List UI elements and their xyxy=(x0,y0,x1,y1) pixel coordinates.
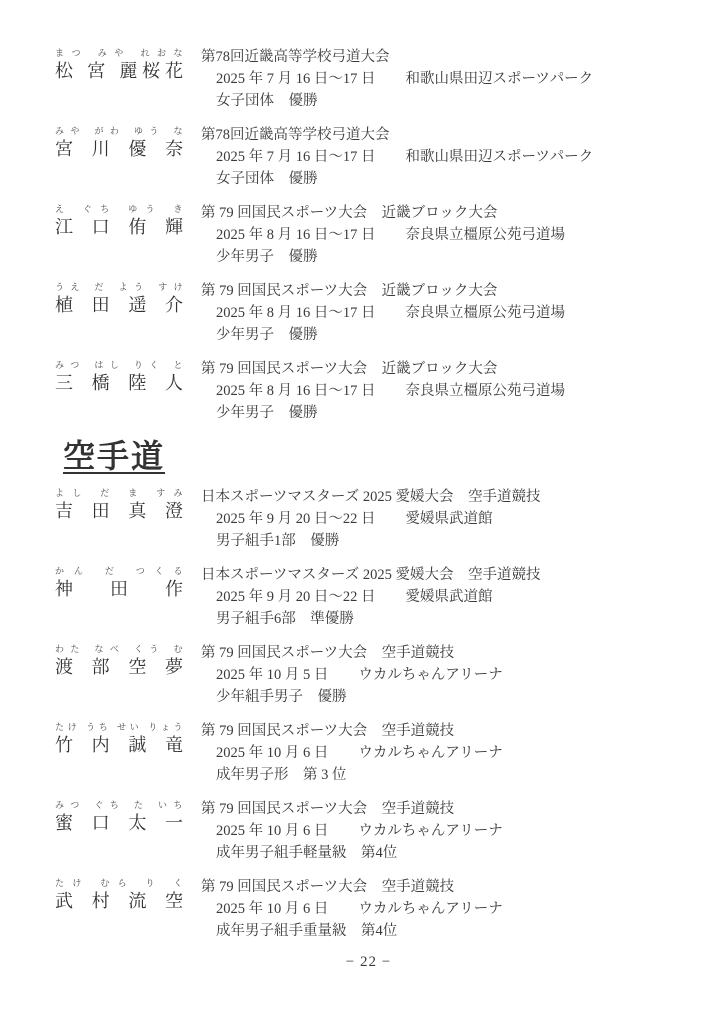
event-date: 2025 年 10 月 5 日 xyxy=(216,667,328,683)
event-result: 成年男子組手重量級 第4位 xyxy=(201,920,503,942)
event-date: 2025 年 8 月 16 日～17 日 xyxy=(216,305,376,321)
event-venue: 和歌山県田辺スポーツパーク xyxy=(406,71,594,87)
achievement-entry: わた なべ くう む 渡 部 空 夢 第 79 回国民スポーツ大会 空手道競技 … xyxy=(55,642,682,708)
event-name: 第 79 回国民スポーツ大会 空手道競技 xyxy=(201,642,503,664)
karate-entries-list: よし だ ま すみ 吉 田 真 澄 日本スポーツマスターズ 2025 愛媛大会 … xyxy=(55,486,682,942)
event-result: 男子組手6部 準優勝 xyxy=(201,608,540,630)
event-venue: 奈良県立橿原公苑弓道場 xyxy=(406,305,566,321)
event-name: 第 79 回国民スポーツ大会 近畿ブロック大会 xyxy=(201,202,565,224)
event-result: 少年組手男子 優勝 xyxy=(201,686,503,708)
athlete-name: 江 口 侑 輝 xyxy=(55,215,183,240)
athlete-name: 武 村 流 空 xyxy=(55,889,183,914)
athlete-furigana: まつ みや れおな xyxy=(55,48,183,59)
achievement-entry: みや がわ ゆう な 宮 川 優 奈 第78回近畿高等学校弓道大会 2025 年… xyxy=(55,124,682,190)
event-result: 成年男子形 第 3 位 xyxy=(201,764,503,786)
entry-details: 日本スポーツマスターズ 2025 愛媛大会 空手道競技 2025 年 9 月 2… xyxy=(201,486,540,552)
event-date: 2025 年 7 月 16 日～17 日 xyxy=(216,71,376,87)
event-name: 第78回近畿高等学校弓道大会 xyxy=(201,46,593,68)
event-date: 2025 年 10 月 6 日 xyxy=(216,745,328,761)
achievement-entry: みつ はし りく と 三 橋 陸 人 第 79 回国民スポーツ大会 近畿ブロック… xyxy=(55,358,682,424)
athlete-name-block: みや がわ ゆう な 宮 川 優 奈 xyxy=(55,126,183,162)
event-result: 少年男子 優勝 xyxy=(201,324,565,346)
event-venue: 奈良県立橿原公苑弓道場 xyxy=(406,383,566,399)
entry-details: 第 79 回国民スポーツ大会 空手道競技 2025 年 10 月 6 日ウカルち… xyxy=(201,720,503,786)
event-date: 2025 年 8 月 16 日～17 日 xyxy=(216,383,376,399)
document-page: まつ みや れおな 松 宮 麗桜花 第78回近畿高等学校弓道大会 2025 年 … xyxy=(0,0,722,1024)
section-heading-karate: 空手道 xyxy=(63,436,165,476)
event-result: 女子団体 優勝 xyxy=(201,168,593,190)
event-name: 日本スポーツマスターズ 2025 愛媛大会 空手道競技 xyxy=(201,564,540,586)
event-date-venue: 2025 年 7 月 16 日～17 日和歌山県田辺スポーツパーク xyxy=(201,68,593,90)
athlete-name: 松 宮 麗桜花 xyxy=(55,59,183,84)
achievement-entry: かん だ つくる 神 田 作 日本スポーツマスターズ 2025 愛媛大会 空手道… xyxy=(55,564,682,630)
athlete-furigana: わた なべ くう む xyxy=(55,644,183,655)
athlete-furigana: みや がわ ゆう な xyxy=(55,126,183,137)
athlete-name-block: かん だ つくる 神 田 作 xyxy=(55,566,183,602)
athlete-furigana: え ぐち ゆう き xyxy=(55,204,183,215)
athlete-furigana: たけ むら り く xyxy=(55,878,183,889)
event-date-venue: 2025 年 10 月 6 日ウカルちゃんアリーナ xyxy=(201,820,503,842)
event-name: 第 79 回国民スポーツ大会 空手道競技 xyxy=(201,798,503,820)
event-date: 2025 年 10 月 6 日 xyxy=(216,901,328,917)
achievement-entry: え ぐち ゆう き 江 口 侑 輝 第 79 回国民スポーツ大会 近畿ブロック大… xyxy=(55,202,682,268)
event-date-venue: 2025 年 8 月 16 日～17 日奈良県立橿原公苑弓道場 xyxy=(201,224,565,246)
event-venue: 和歌山県田辺スポーツパーク xyxy=(406,149,594,165)
athlete-name: 蜜 口 太 一 xyxy=(55,811,183,836)
event-name: 第 79 回国民スポーツ大会 空手道競技 xyxy=(201,720,503,742)
event-date-venue: 2025 年 10 月 6 日ウカルちゃんアリーナ xyxy=(201,742,503,764)
entry-details: 第78回近畿高等学校弓道大会 2025 年 7 月 16 日～17 日和歌山県田… xyxy=(201,124,593,190)
event-venue: 愛媛県武道館 xyxy=(406,589,493,605)
event-name: 日本スポーツマスターズ 2025 愛媛大会 空手道競技 xyxy=(201,486,540,508)
event-name: 第 79 回国民スポーツ大会 近畿ブロック大会 xyxy=(201,280,565,302)
athlete-name-block: みつ はし りく と 三 橋 陸 人 xyxy=(55,360,183,396)
event-venue: ウカルちゃんアリーナ xyxy=(358,823,502,839)
achievement-entry: まつ みや れおな 松 宮 麗桜花 第78回近畿高等学校弓道大会 2025 年 … xyxy=(55,46,682,112)
entry-details: 第 79 回国民スポーツ大会 近畿ブロック大会 2025 年 8 月 16 日～… xyxy=(201,358,565,424)
event-venue: 愛媛県武道館 xyxy=(406,511,493,527)
entry-details: 第 79 回国民スポーツ大会 空手道競技 2025 年 10 月 6 日ウカルち… xyxy=(201,798,503,864)
event-date: 2025 年 9 月 20 日～22 日 xyxy=(216,589,376,605)
achievement-entry: よし だ ま すみ 吉 田 真 澄 日本スポーツマスターズ 2025 愛媛大会 … xyxy=(55,486,682,552)
entry-details: 第 79 回国民スポーツ大会 近畿ブロック大会 2025 年 8 月 16 日～… xyxy=(201,280,565,346)
kyudo-entries-list: まつ みや れおな 松 宮 麗桜花 第78回近畿高等学校弓道大会 2025 年 … xyxy=(55,46,682,424)
athlete-furigana: みつ はし りく と xyxy=(55,360,183,371)
event-result: 女子団体 優勝 xyxy=(201,90,593,112)
event-name: 第 79 回国民スポーツ大会 空手道競技 xyxy=(201,876,503,898)
achievement-entry: たけ むら り く 武 村 流 空 第 79 回国民スポーツ大会 空手道競技 2… xyxy=(55,876,682,942)
athlete-name-block: みつ ぐち た いち 蜜 口 太 一 xyxy=(55,800,183,836)
athlete-name: 植 田 遥 介 xyxy=(55,293,183,318)
event-name: 第78回近畿高等学校弓道大会 xyxy=(201,124,593,146)
event-date: 2025 年 10 月 6 日 xyxy=(216,823,328,839)
athlete-name: 宮 川 優 奈 xyxy=(55,137,183,162)
event-venue: ウカルちゃんアリーナ xyxy=(358,901,502,917)
event-date: 2025 年 8 月 16 日～17 日 xyxy=(216,227,376,243)
event-date-venue: 2025 年 9 月 20 日～22 日愛媛県武道館 xyxy=(201,508,540,530)
athlete-name-block: うえ だ よう すけ 植 田 遥 介 xyxy=(55,282,183,318)
event-date: 2025 年 7 月 16 日～17 日 xyxy=(216,149,376,165)
entry-details: 第 79 回国民スポーツ大会 空手道競技 2025 年 10 月 6 日ウカルち… xyxy=(201,876,503,942)
achievement-entry: うえ だ よう すけ 植 田 遥 介 第 79 回国民スポーツ大会 近畿ブロック… xyxy=(55,280,682,346)
athlete-furigana: たけ うち せい りょう xyxy=(55,722,183,733)
athlete-name-block: たけ うち せい りょう 竹 内 誠 竜 xyxy=(55,722,183,758)
event-result: 男子組手1部 優勝 xyxy=(201,530,540,552)
athlete-name-block: たけ むら り く 武 村 流 空 xyxy=(55,878,183,914)
event-result: 成年男子組手軽量級 第4位 xyxy=(201,842,503,864)
athlete-furigana: みつ ぐち た いち xyxy=(55,800,183,811)
event-venue: ウカルちゃんアリーナ xyxy=(358,667,502,683)
event-venue: 奈良県立橿原公苑弓道場 xyxy=(406,227,566,243)
event-name: 第 79 回国民スポーツ大会 近畿ブロック大会 xyxy=(201,358,565,380)
event-date-venue: 2025 年 8 月 16 日～17 日奈良県立橿原公苑弓道場 xyxy=(201,380,565,402)
event-date-venue: 2025 年 8 月 16 日～17 日奈良県立橿原公苑弓道場 xyxy=(201,302,565,324)
athlete-name-block: わた なべ くう む 渡 部 空 夢 xyxy=(55,644,183,680)
athlete-furigana: うえ だ よう すけ xyxy=(55,282,183,293)
entry-details: 日本スポーツマスターズ 2025 愛媛大会 空手道競技 2025 年 9 月 2… xyxy=(201,564,540,630)
athlete-name: 吉 田 真 澄 xyxy=(55,499,183,524)
achievement-entry: みつ ぐち た いち 蜜 口 太 一 第 79 回国民スポーツ大会 空手道競技 … xyxy=(55,798,682,864)
athlete-furigana: よし だ ま すみ xyxy=(55,488,183,499)
event-date-venue: 2025 年 7 月 16 日～17 日和歌山県田辺スポーツパーク xyxy=(201,146,593,168)
athlete-name: 三 橋 陸 人 xyxy=(55,371,183,396)
entry-details: 第78回近畿高等学校弓道大会 2025 年 7 月 16 日～17 日和歌山県田… xyxy=(201,46,593,112)
athlete-name-block: よし だ ま すみ 吉 田 真 澄 xyxy=(55,488,183,524)
entry-details: 第 79 回国民スポーツ大会 空手道競技 2025 年 10 月 5 日ウカルち… xyxy=(201,642,503,708)
athlete-name: 神 田 作 xyxy=(55,577,183,602)
event-result: 少年男子 優勝 xyxy=(201,246,565,268)
achievement-entry: たけ うち せい りょう 竹 内 誠 竜 第 79 回国民スポーツ大会 空手道競… xyxy=(55,720,682,786)
athlete-name: 竹 内 誠 竜 xyxy=(55,733,183,758)
athlete-name: 渡 部 空 夢 xyxy=(55,655,183,680)
athlete-name-block: まつ みや れおな 松 宮 麗桜花 xyxy=(55,48,183,84)
event-date-venue: 2025 年 10 月 5 日ウカルちゃんアリーナ xyxy=(201,664,503,686)
event-date-venue: 2025 年 9 月 20 日～22 日愛媛県武道館 xyxy=(201,586,540,608)
athlete-furigana: かん だ つくる xyxy=(55,566,183,577)
page-number: − 22 − xyxy=(55,954,682,971)
event-date-venue: 2025 年 10 月 6 日ウカルちゃんアリーナ xyxy=(201,898,503,920)
athlete-name-block: え ぐち ゆう き 江 口 侑 輝 xyxy=(55,204,183,240)
entry-details: 第 79 回国民スポーツ大会 近畿ブロック大会 2025 年 8 月 16 日～… xyxy=(201,202,565,268)
event-result: 少年男子 優勝 xyxy=(201,402,565,424)
event-date: 2025 年 9 月 20 日～22 日 xyxy=(216,511,376,527)
event-venue: ウカルちゃんアリーナ xyxy=(358,745,502,761)
